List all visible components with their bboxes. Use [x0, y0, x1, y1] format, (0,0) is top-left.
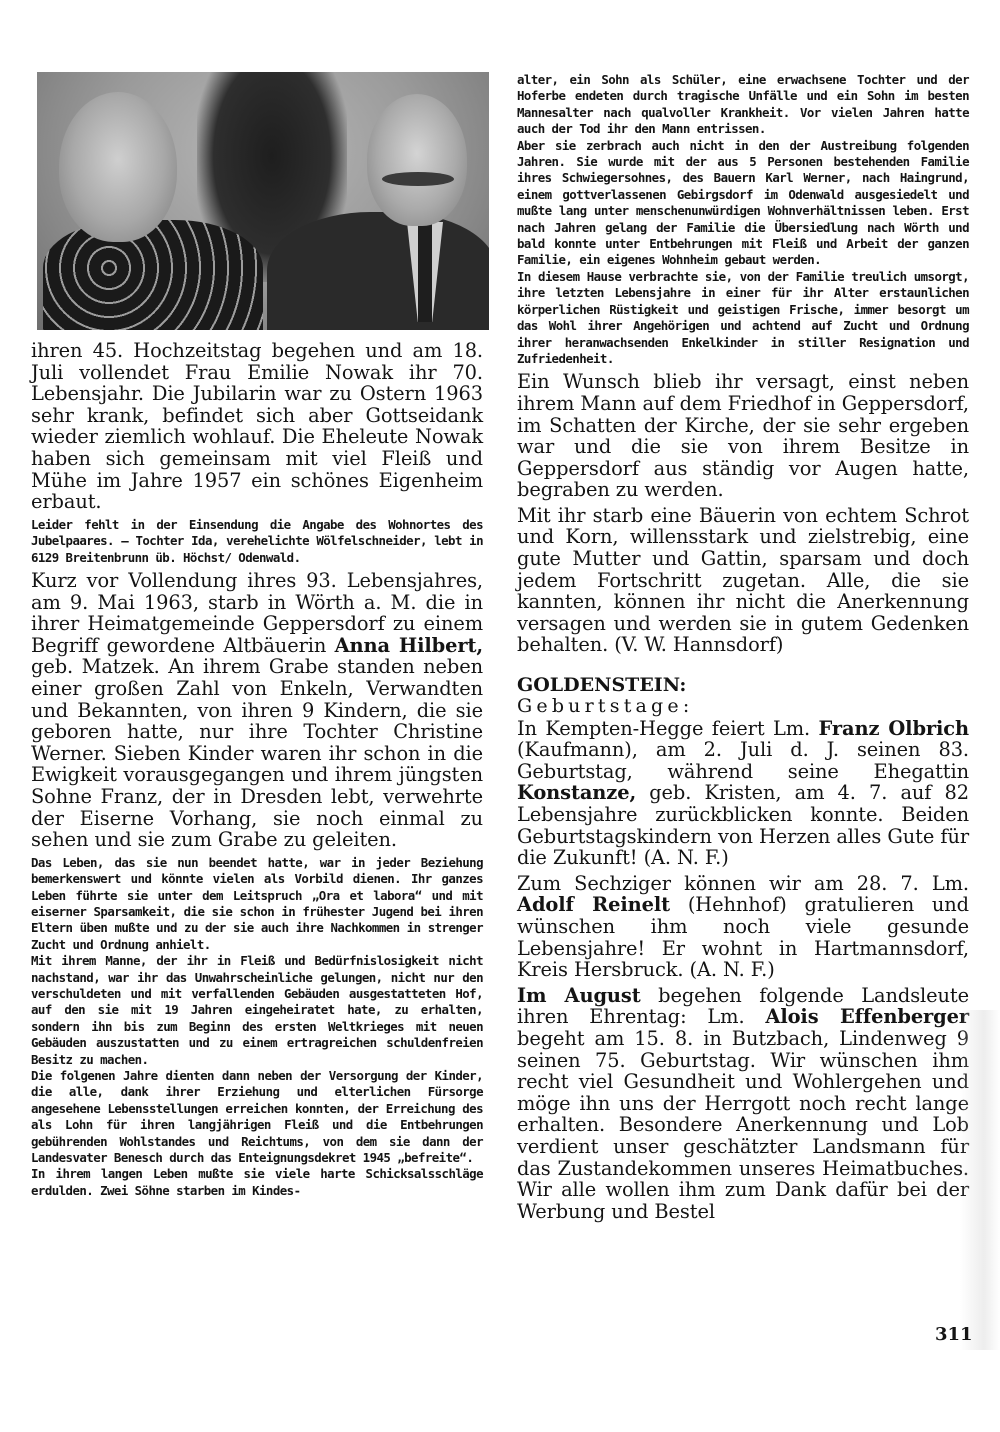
month-label: Im August [517, 984, 641, 1007]
text-segment: In Kempten-Hegge feiert Lm. [517, 717, 819, 740]
photo-man-body [267, 212, 489, 330]
obituary-intro: Kurz vor Vollendung ihres 93. Lebensjahr… [31, 570, 483, 851]
obituary-husband-paragraph: Mit ihrem Manne, der ihr in Fleiß und Be… [31, 953, 483, 1068]
couple-photo [37, 72, 489, 330]
obituary-final-years-paragraph: In diesem Hause verbrachte sie, von der … [517, 269, 969, 367]
birthday-effenberger-paragraph: Im August begehen folgende Landsleute ih… [517, 985, 969, 1223]
editor-note: Leider fehlt in der Einsendung die Angab… [31, 517, 483, 566]
section-heading-goldenstein: GOLDENSTEIN: [517, 674, 969, 696]
person-name: Alois Effenberger [765, 1005, 969, 1028]
right-column: alter, ein Sohn als Schüler, eine erwach… [517, 72, 969, 1222]
text-segment: begeht am 15. 8. in Butzbach, Lindenweg … [517, 1027, 969, 1223]
obituary-children-paragraph: alter, ein Sohn als Schüler, eine erwach… [517, 72, 969, 138]
obituary-wish-paragraph: Ein Wunsch blieb ihr versagt, einst nebe… [517, 371, 969, 501]
birthday-reinelt-paragraph: Zum Sechziger können wir am 28. 7. Lm. A… [517, 873, 969, 981]
obituary-life-paragraph: Das Leben, das sie nun beendet hatte, wa… [31, 855, 483, 953]
photo-man-moustache [382, 172, 454, 186]
obituary-years-paragraph: Die folgenen Jahre dienten dann neben de… [31, 1068, 483, 1166]
text-segment: Zum Sechziger können wir am 28. 7. Lm. [517, 872, 969, 895]
newspaper-page: ihren 45. Hochzeitstag begehen und am 18… [0, 0, 1000, 1432]
birthday-olbrich-paragraph: In Kempten-Hegge feiert Lm. Franz Olbric… [517, 718, 969, 869]
left-column: ihren 45. Hochzeitstag begehen und am 18… [31, 72, 483, 1199]
obituary-fate-paragraph: In ihrem langen Leben mußte sie viele ha… [31, 1166, 483, 1199]
photo-woman-body [43, 220, 263, 330]
obituary-name: Anna Hilbert, [335, 634, 483, 657]
photo-man-head [367, 94, 467, 226]
person-name: Adolf Reinelt [517, 893, 670, 916]
obituary-closing-paragraph: Mit ihr starb eine Bäuerin von echtem Sc… [517, 505, 969, 656]
obituary-intro-text-b: geb. Matzek. An ihrem Grabe standen nebe… [31, 655, 483, 851]
page-edge-shadow [960, 1010, 1000, 1350]
obituary-expulsion-paragraph: Aber sie zerbrach auch nicht in den der … [517, 138, 969, 269]
person-name: Konstanze, [517, 781, 636, 804]
anniversary-paragraph: ihren 45. Hochzeitstag begehen und am 18… [31, 340, 483, 513]
page-number: 311 [935, 1324, 973, 1345]
photo-woman-head [59, 92, 177, 242]
person-name: Franz Olbrich [819, 717, 969, 740]
subheading-birthdays: Geburtstage: [517, 696, 969, 718]
text-segment: (Kaufmann), am 2. Juli d. J. seinen 83. … [517, 738, 969, 783]
